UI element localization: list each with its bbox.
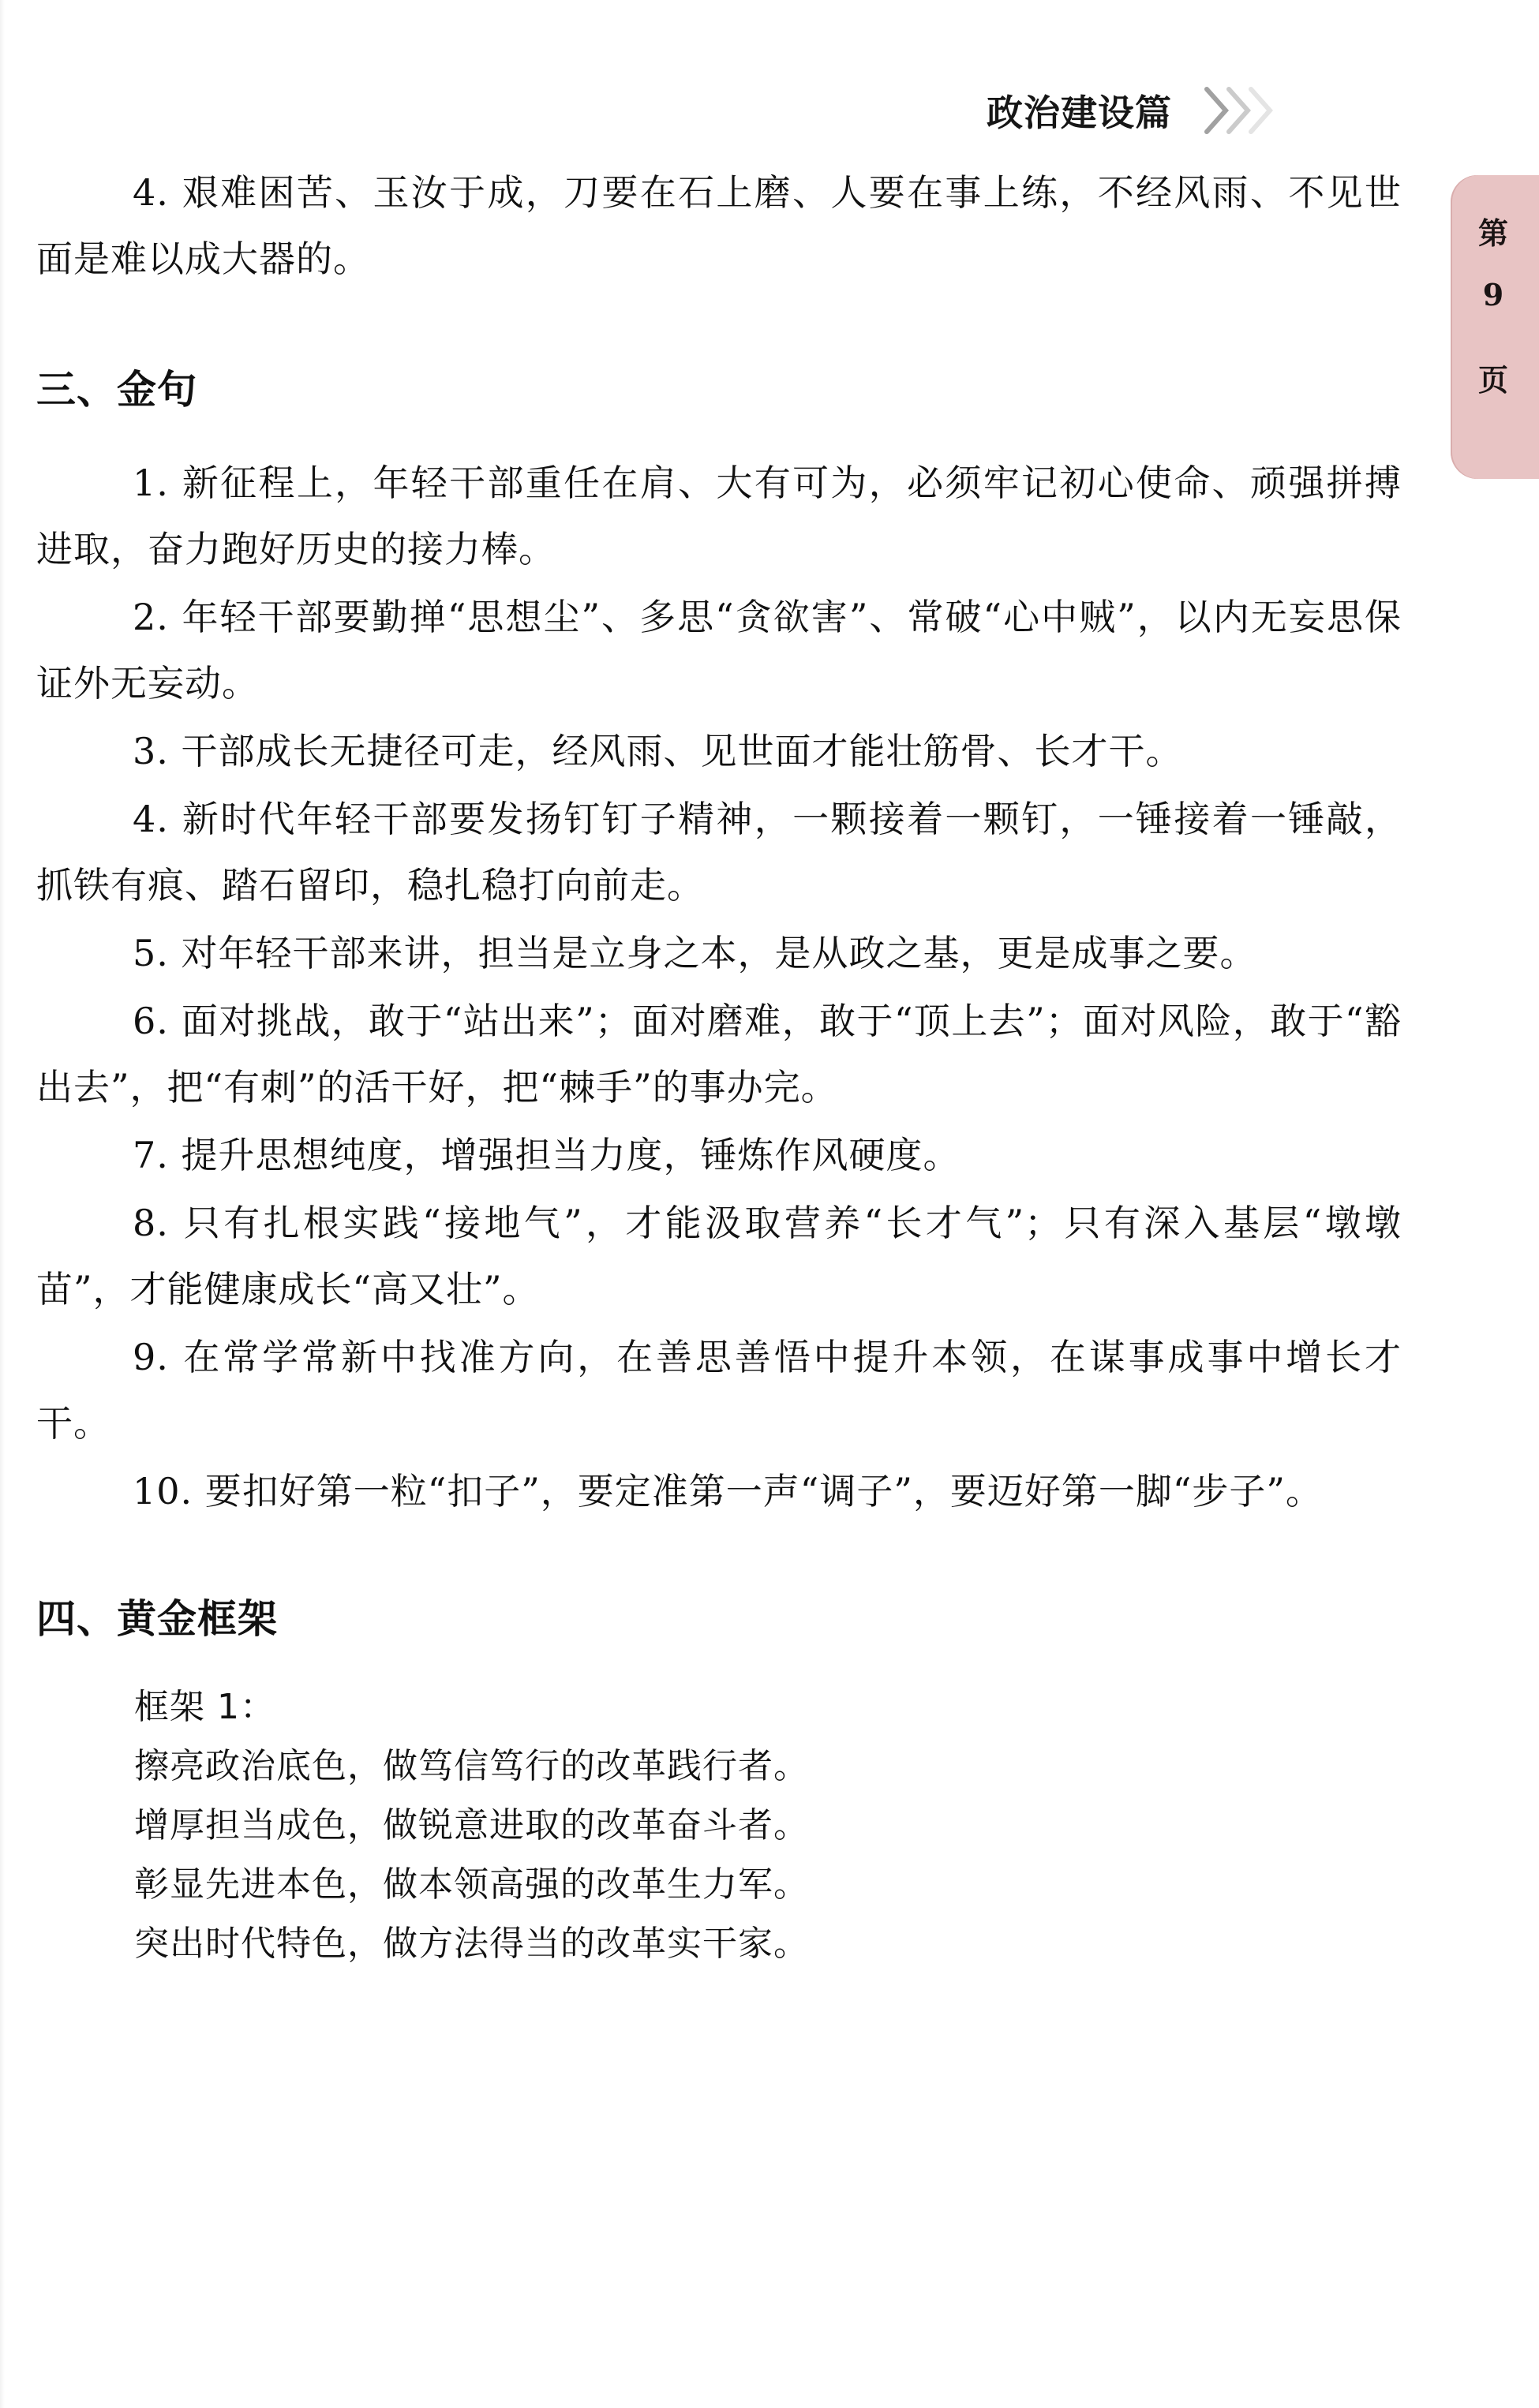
page-tab-prefix: 第 (1478, 219, 1508, 249)
page-edge (0, 0, 5, 2408)
running-header: 政治建设篇 (987, 79, 1286, 142)
page-tab-suffix: 页 (1478, 365, 1508, 395)
intro-item-4: 4. 艰难困苦、玉汝于成，刀要在石上磨、人要在事上练，不经风雨、不见世面是难以成… (36, 159, 1402, 292)
header-section-title: 政治建设篇 (987, 84, 1172, 136)
quote-item: 10. 要扣好第一粒“扣子”，要定准第一声“调子”，要迈好第一脚“步子”。 (36, 1458, 1402, 1524)
page-number-tab: 第 9 页 (1451, 175, 1539, 479)
framework-1: 框架 1： 擦亮政治底色，做笃信笃行的改革践行者。 增厚担当成色，做锐意进取的改… (36, 1677, 1402, 1973)
page-content: 4. 艰难困苦、玉汝于成，刀要在石上磨、人要在事上练，不经风雨、不见世面是难以成… (36, 159, 1402, 1973)
quote-item: 4. 新时代年轻干部要发扬钉钉子精神，一颗接着一颗钉，一锤接着一锤敲，抓铁有痕、… (36, 786, 1402, 918)
quote-item: 1. 新征程上，年轻干部重任在肩、大有可为，必须牢记初心使命、顽强拼搏进取，奋力… (36, 450, 1402, 582)
quote-item: 5. 对年轻干部来讲，担当是立身之本，是从政之基，更是成事之要。 (36, 920, 1402, 986)
framework-label: 框架 1： (134, 1677, 1402, 1737)
framework-line: 增厚担当成色，做锐意进取的改革奋斗者。 (134, 1796, 1402, 1855)
quote-item: 9. 在常学常新中找准方向，在善思善悟中提升本领，在谋事成事中增长才干。 (36, 1324, 1402, 1456)
chevron-triple-icon (1199, 83, 1286, 138)
quote-item: 2. 年轻干部要勤掸“思想尘”、多思“贪欲害”、常破“心中贼”，以内无妄思保证外… (36, 584, 1402, 716)
quote-item: 7. 提升思想纯度，增强担当力度，锤炼作风硬度。 (36, 1122, 1402, 1188)
golden-quotes-list: 1. 新征程上，年轻干部重任在肩、大有可为，必须牢记初心使命、顽强拼搏进取，奋力… (36, 450, 1402, 1524)
framework-line: 擦亮政治底色，做笃信笃行的改革践行者。 (134, 1737, 1402, 1796)
framework-line: 彰显先进本色，做本领高强的改革生力军。 (134, 1855, 1402, 1914)
page-tab-number: 9 (1483, 280, 1503, 310)
framework-line: 突出时代特色，做方法得当的改革实干家。 (134, 1914, 1402, 1973)
quote-item: 3. 干部成长无捷径可走，经风雨、见世面才能壮筋骨、长才干。 (36, 718, 1402, 784)
quote-item: 6. 面对挑战，敢于“站出来”；面对磨难，敢于“顶上去”；面对风险，敢于“豁出去… (36, 988, 1402, 1120)
section-title-golden-framework: 四、黄金框架 (36, 1595, 1402, 1643)
section-title-golden-quotes: 三、金句 (36, 366, 1402, 413)
quote-item: 8. 只有扎根实践“接地气”，才能汲取营养“长才气”；只有深入基层“墩墩苗”，才… (36, 1190, 1402, 1322)
